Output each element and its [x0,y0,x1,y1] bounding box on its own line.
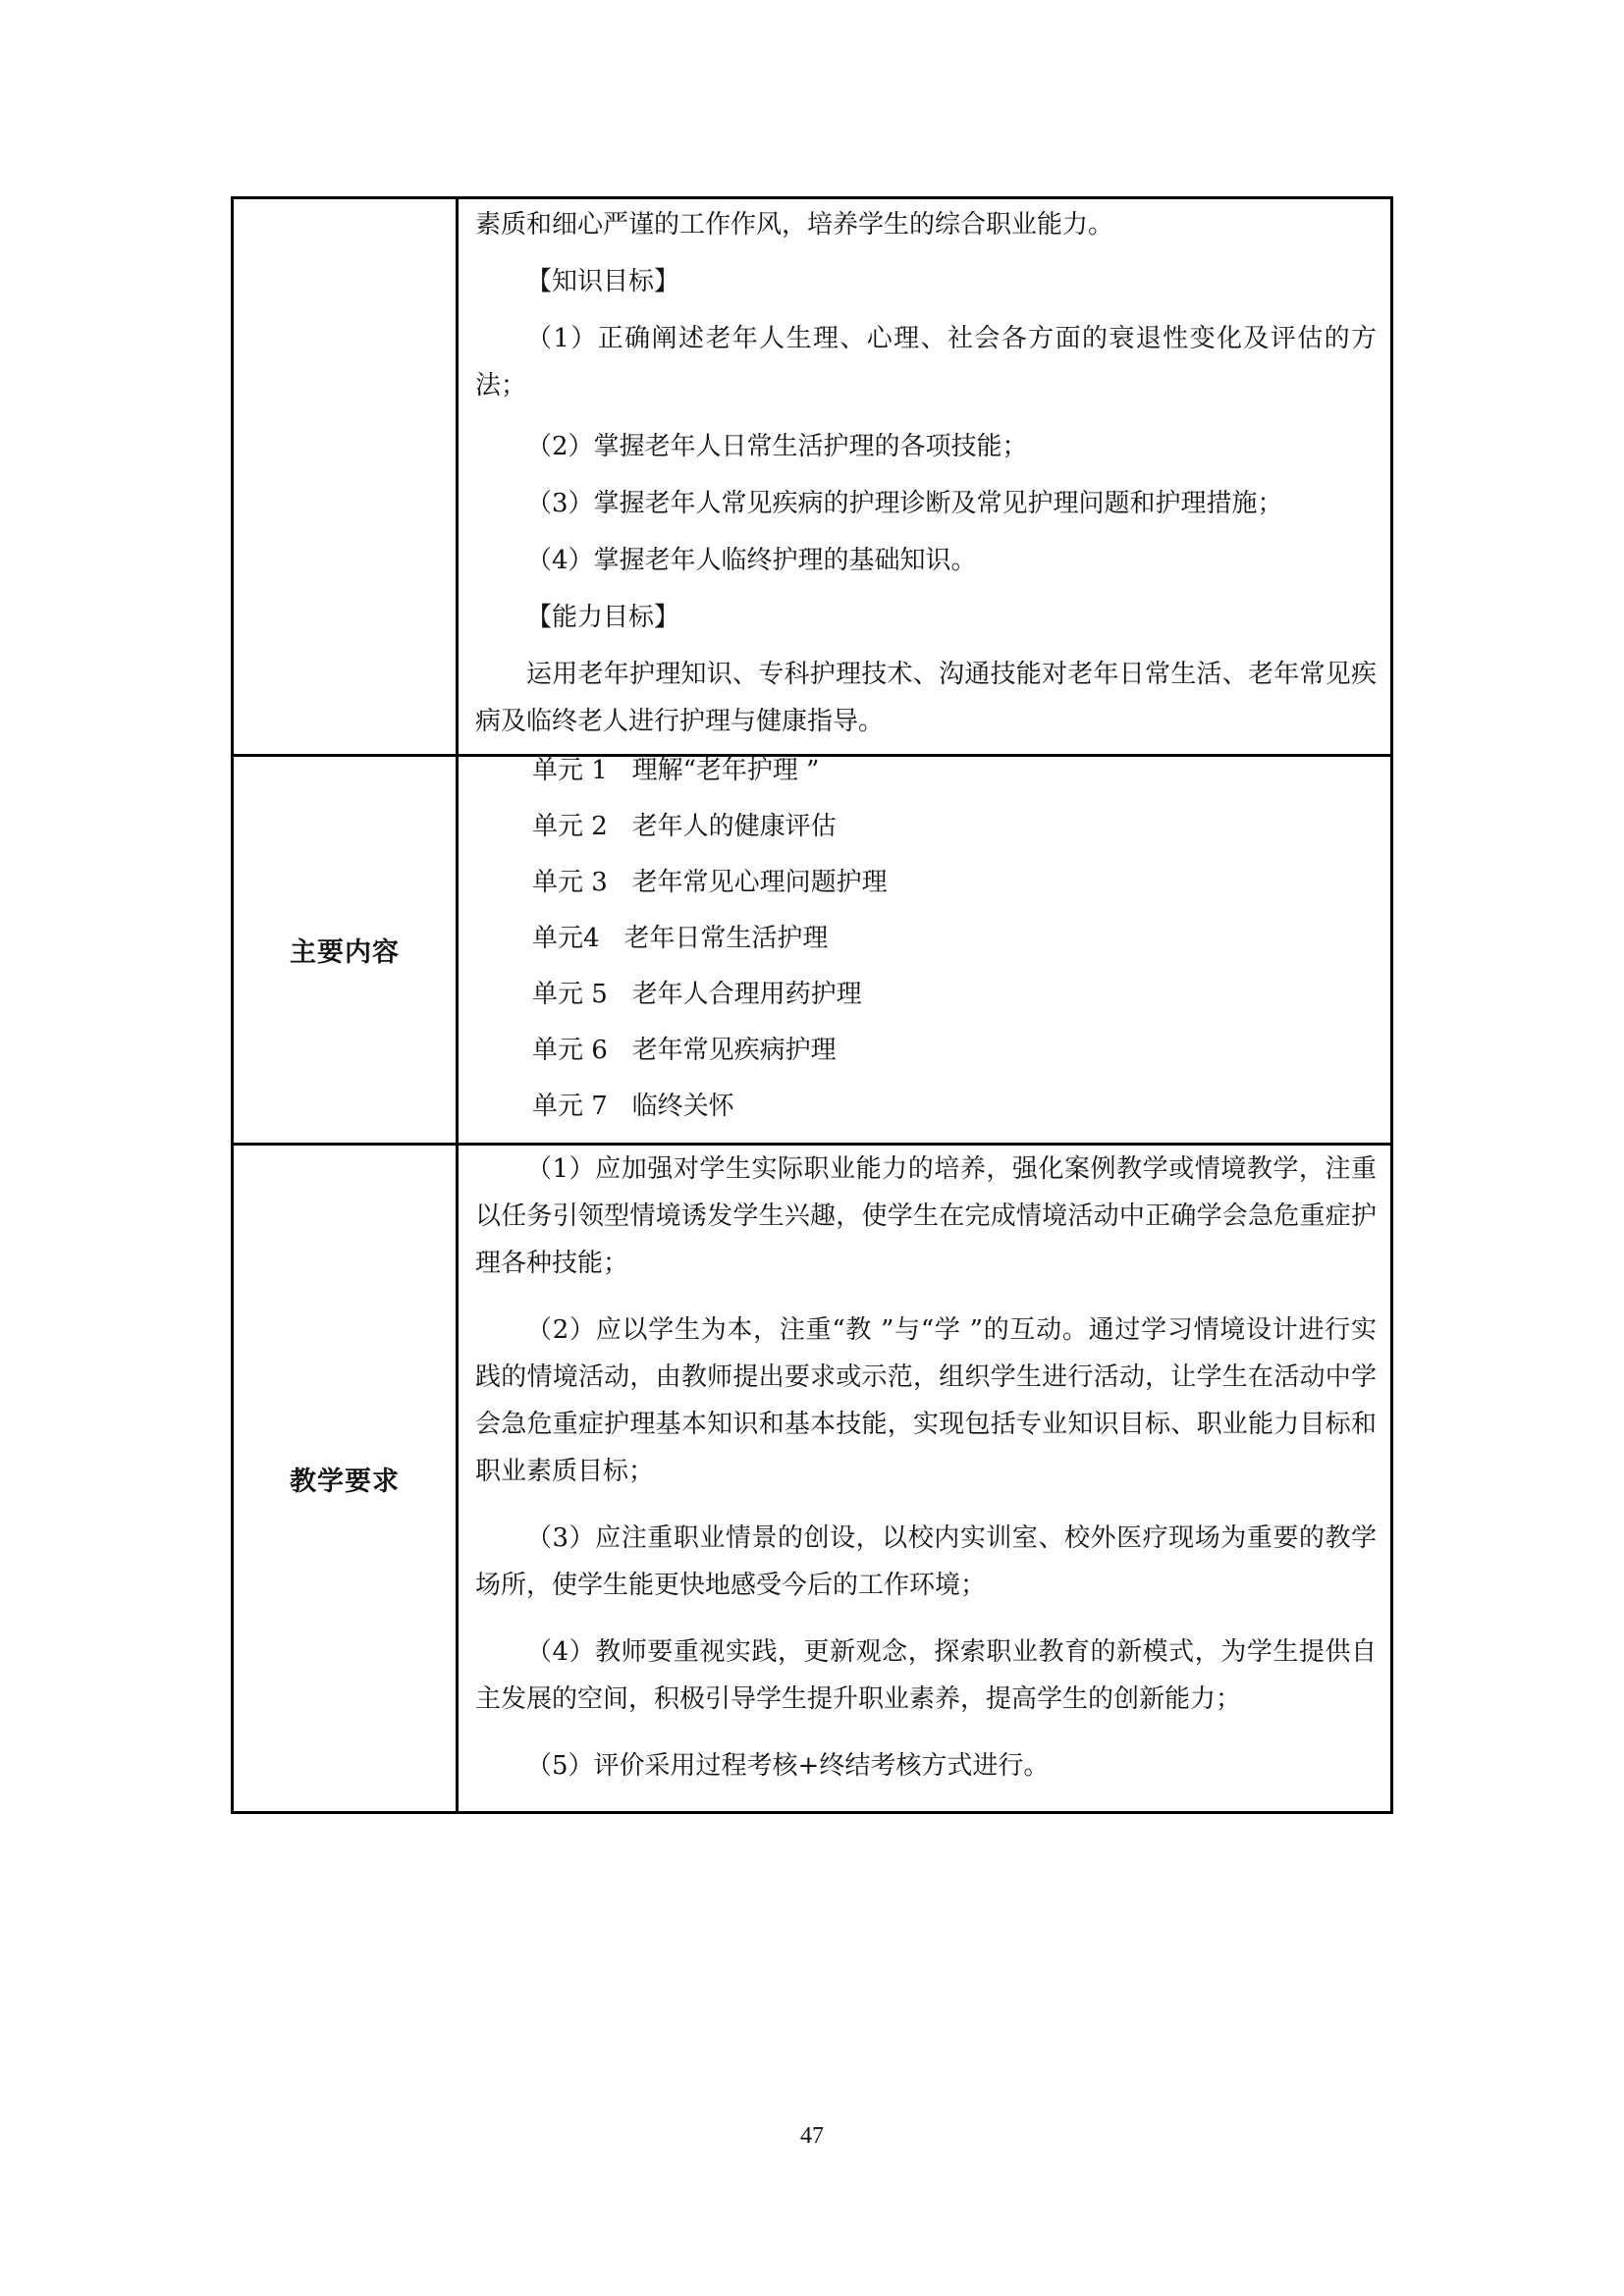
knowledge-item: （2）掌握老年人日常生活护理的各项技能； [475,423,1377,470]
objectives-label-cell [233,198,458,756]
unit-item: 单元 6 老年常见疾病护理 [532,1023,1377,1079]
teaching-requirements-cell: （1）应加强对学生实际职业能力的培养，强化案例教学或情境教学，注重以任务引领型情… [458,1145,1392,1813]
unit-list: 单元 1 理解“老年护理 ” 单元 2 老年人的健康评估 单元 3 老年常见心理… [475,743,1377,1135]
unit-item: 单元 3 老年常见心理问题护理 [532,855,1377,911]
requirement-item: （2）应以学生为本，注重“教 ”与“学 ”的互动。通过学习情境设计进行实践的情境… [475,1307,1377,1495]
ability-objectives-heading: 【能力目标】 [475,594,1377,641]
objectives-content-cell: 素质和细心严谨的工作作风，培养学生的综合职业能力。 【知识目标】 （1）正确阐述… [458,198,1392,756]
unit-item: 单元 5 老年人合理用药护理 [532,967,1377,1023]
main-content-cell: 单元 1 理解“老年护理 ” 单元 2 老年人的健康评估 单元 3 老年常见心理… [458,756,1392,1145]
teaching-requirements-label: 教学要求 [233,1145,458,1813]
main-content-row: 主要内容 单元 1 理解“老年护理 ” 单元 2 老年人的健康评估 单元 3 老… [233,756,1392,1145]
knowledge-item: （1）正确阐述老年人生理、心理、社会各方面的衰退性变化及评估的方法； [475,315,1377,409]
unit-item: 单元4 老年日常生活护理 [532,911,1377,967]
unit-item: 单元 2 老年人的健康评估 [532,799,1377,855]
course-info-table: 素质和细心严谨的工作作风，培养学生的综合职业能力。 【知识目标】 （1）正确阐述… [231,196,1393,1814]
main-content-label: 主要内容 [233,756,458,1145]
unit-item: 单元 1 理解“老年护理 ” [532,743,1377,799]
requirement-item: （5）评价采用过程考核+终结考核方式进行。 [475,1742,1377,1789]
unit-item: 单元 7 临终关怀 [532,1079,1377,1135]
objectives-row: 素质和细心严谨的工作作风，培养学生的综合职业能力。 【知识目标】 （1）正确阐述… [233,198,1392,756]
requirement-item: （3）应注重职业情景的创设，以校内实训室、校外医疗现场为重要的教学场所，使学生能… [475,1515,1377,1609]
knowledge-item: （4）掌握老年人临终护理的基础知识。 [475,537,1377,584]
requirement-item: （4）教师要重视实践，更新观念，探索职业教育的新模式，为学生提供自主发展的空间，… [475,1629,1377,1723]
objectives-continuation-text: 素质和细心严谨的工作作风，培养学生的综合职业能力。 [475,201,1377,248]
knowledge-item: （3）掌握老年人常见疾病的护理诊断及常见护理问题和护理措施； [475,480,1377,527]
requirement-item: （1）应加强对学生实际职业能力的培养，强化案例教学或情境教学，注重以任务引领型情… [475,1146,1377,1287]
teaching-requirements-row: 教学要求 （1）应加强对学生实际职业能力的培养，强化案例教学或情境教学，注重以任… [233,1145,1392,1813]
page-number: 47 [0,2123,1624,2150]
knowledge-objectives-heading: 【知识目标】 [475,258,1377,305]
ability-objectives-text: 运用老年护理知识、专科护理技术、沟通技能对老年日常生活、老年常见疾病及临终老人进… [475,651,1377,745]
